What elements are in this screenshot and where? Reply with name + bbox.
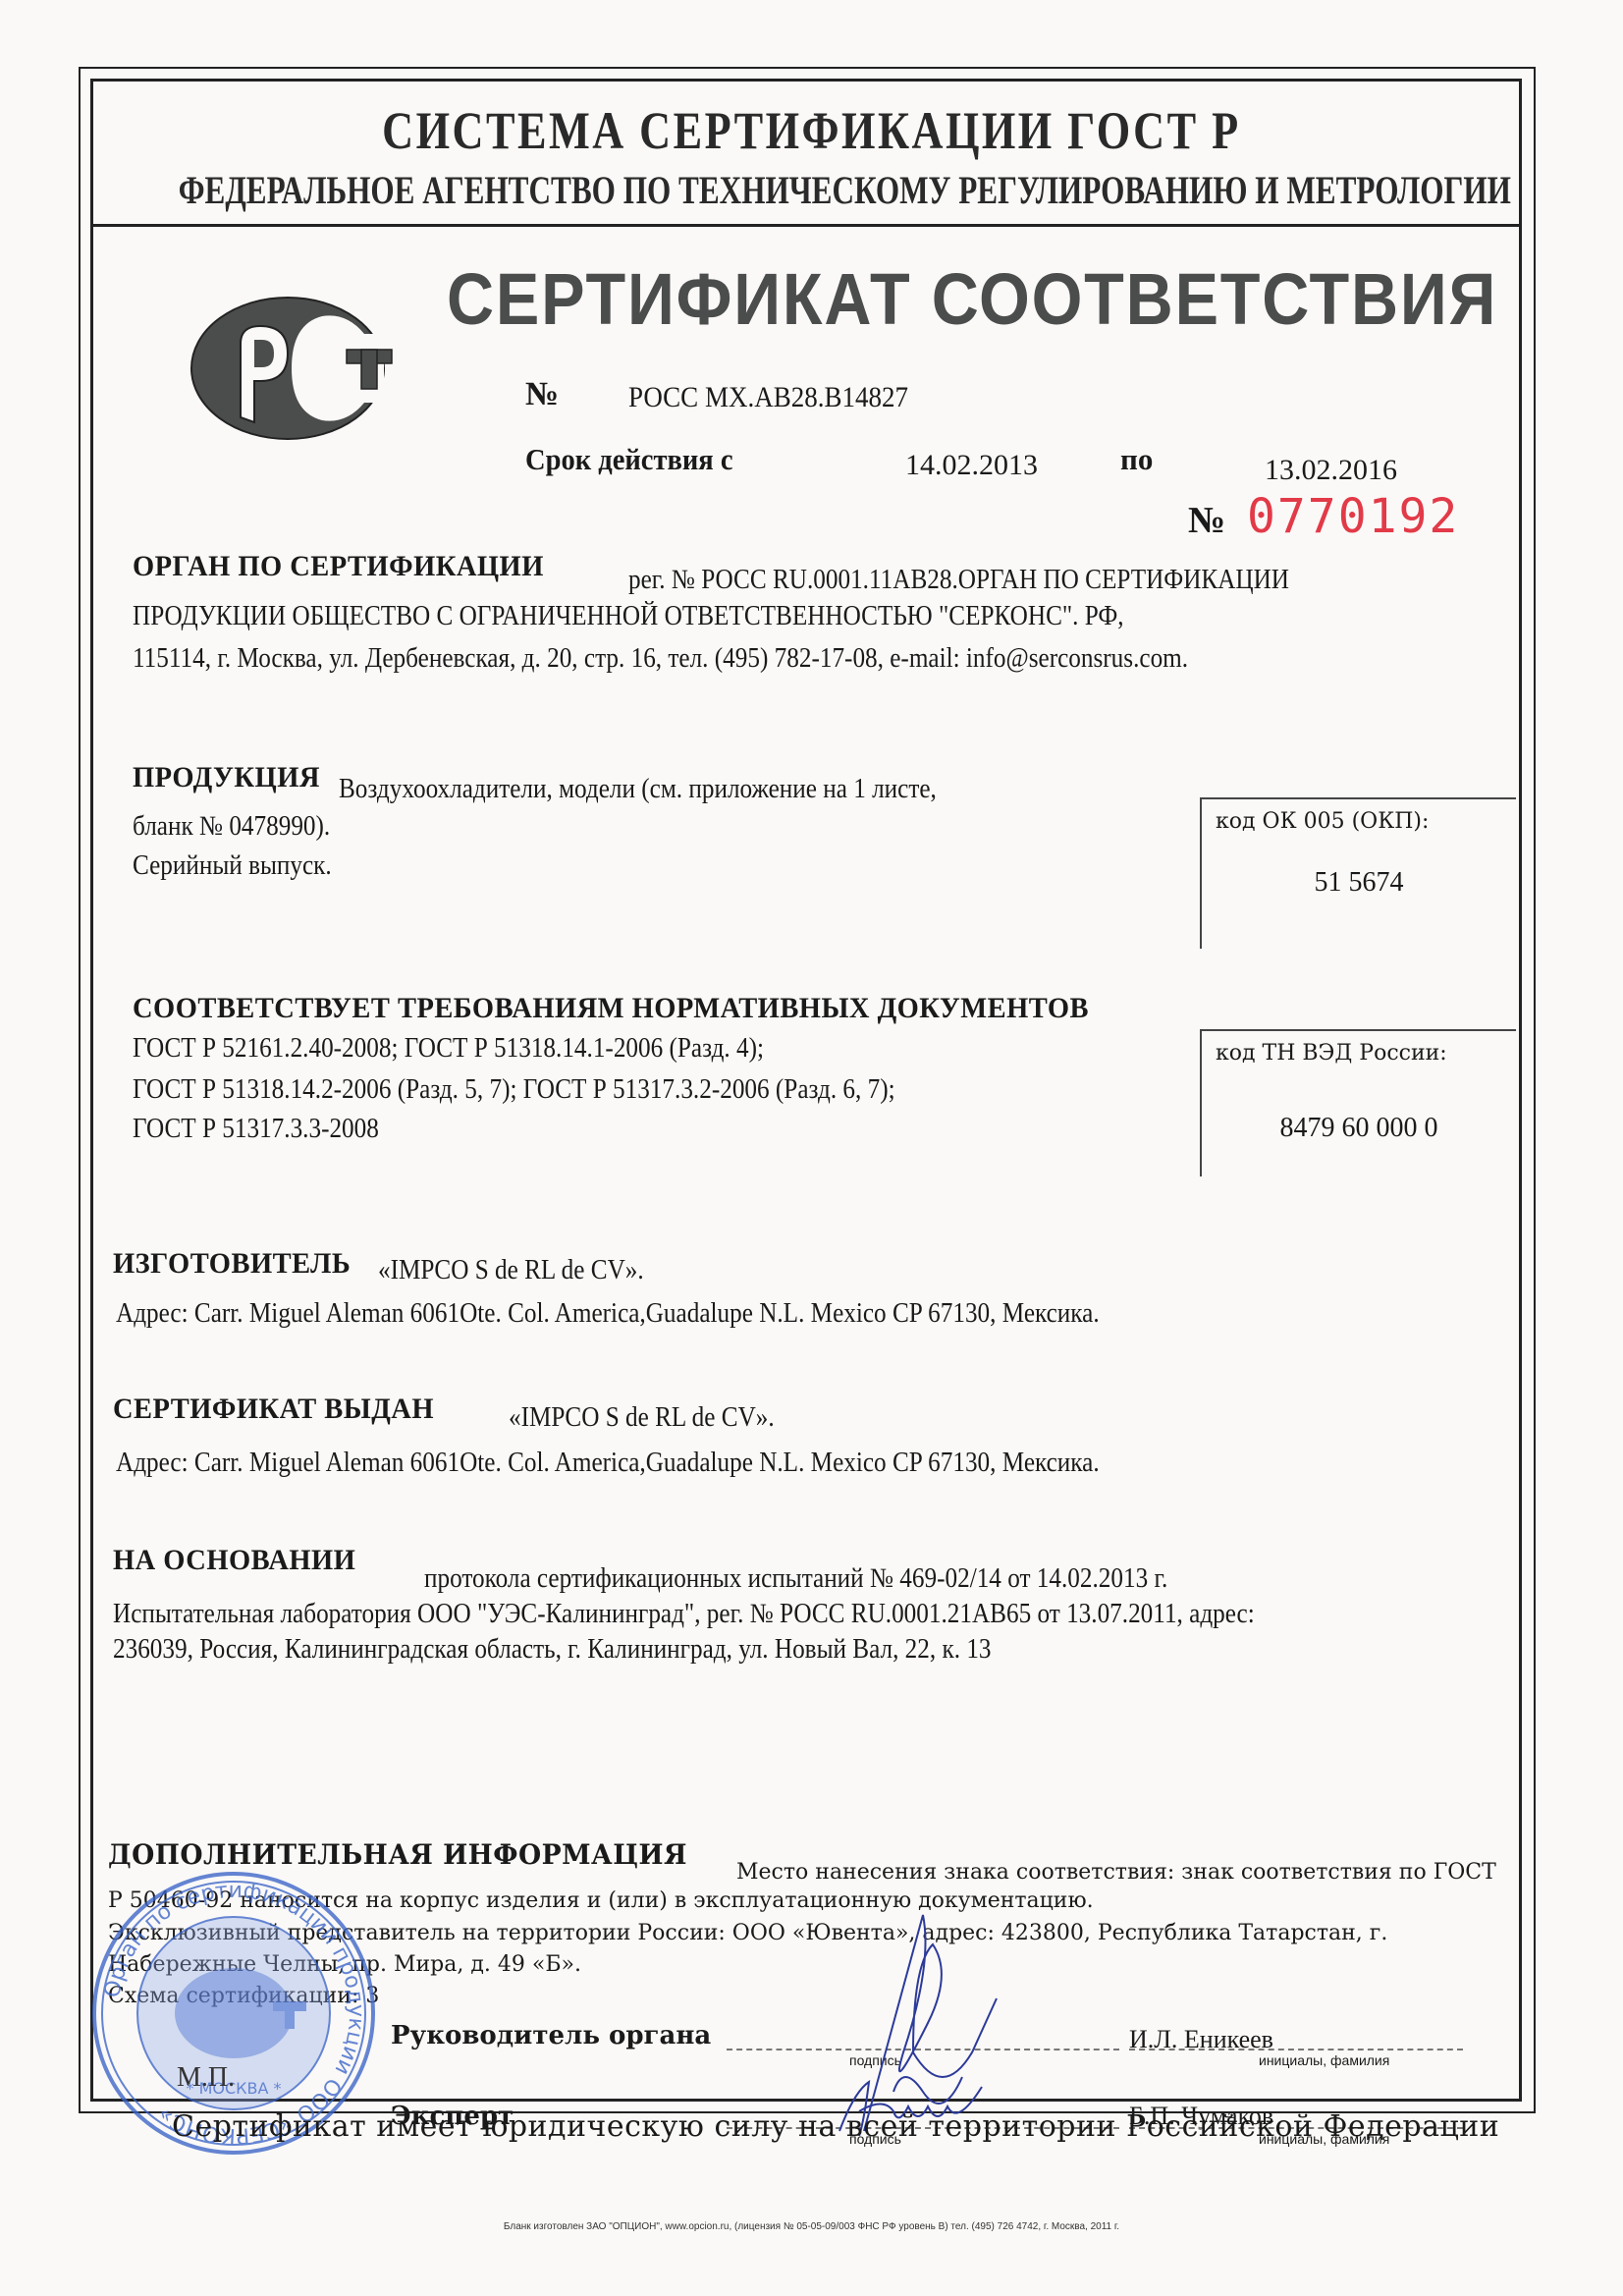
okp-code: 51 5674 — [1202, 867, 1516, 899]
issued-to-heading: СЕРТИФИКАТ ВЫДАН — [113, 1393, 434, 1426]
head-name-line — [1129, 2049, 1463, 2050]
certificate-title: СЕРТИФИКАТ СООТВЕТСТВИЯ — [447, 257, 1497, 341]
standards-line1: ГОСТ Р 52161.2.40-2008; ГОСТ Р 51318.14.… — [133, 1033, 764, 1065]
standards-line3: ГОСТ Р 51317.3.3-2008 — [133, 1114, 379, 1145]
basis-line1: протокола сертификационных испытаний № 4… — [424, 1563, 1167, 1595]
blank-number-sign: № — [1188, 499, 1225, 542]
certification-body-line1: рег. № РОСС RU.0001.11AB28.ОРГАН ПО СЕРТ… — [628, 565, 1289, 596]
tnved-code-box: код ТН ВЭД России: 8479 60 000 0 — [1200, 1029, 1516, 1176]
okp-code-box: код ОК 005 (ОКП): 51 5674 — [1200, 797, 1516, 949]
product-line2: бланк № 0478990). — [133, 811, 330, 843]
product-line3: Серийный выпуск. — [133, 850, 332, 882]
basis-line2: Испытательная лаборатория ООО "УЭС-Калин… — [113, 1599, 1255, 1630]
tnved-code: 8479 60 000 0 — [1202, 1113, 1516, 1144]
system-title: СИСТЕМА СЕРТИФИКАЦИИ ГОСТ Р — [146, 100, 1477, 161]
blank-number: 0770192 — [1247, 489, 1459, 544]
product-line1: Воздухоохладители, модели (см. приложени… — [339, 774, 937, 805]
tnved-label: код ТН ВЭД России: — [1202, 1031, 1516, 1066]
certification-body-heading: ОРГАН ПО СЕРТИФИКАЦИИ — [133, 550, 544, 583]
valid-from: 14.02.2013 — [905, 449, 1038, 482]
rst-mark-icon — [189, 295, 396, 442]
to-label: по — [1120, 442, 1153, 477]
standards-line2: ГОСТ Р 51318.14.2-2006 (Разд. 5, 7); ГОС… — [133, 1074, 895, 1106]
printer-line: Бланк изготовлен ЗАО "ОПЦИОН", www.opcio… — [0, 2221, 1623, 2232]
manufacturer-name: «IMPCO S de RL de CV». — [378, 1255, 644, 1286]
manufacturer-heading: ИЗГОТОВИТЕЛЬ — [113, 1247, 351, 1281]
stamp-place-label: М.П. — [177, 2062, 235, 2094]
additional-line1: Место нанесения знака соответствия: знак… — [736, 1860, 1496, 1885]
valid-to: 13.02.2016 — [1265, 454, 1397, 487]
header-divider — [90, 224, 1520, 227]
agency-name: ФЕДЕРАЛЬНОЕ АГЕНТСТВО ПО ТЕХНИЧЕСКОМУ РЕ… — [179, 167, 1444, 213]
head-name-caption: инициалы, фамилия — [1259, 2052, 1389, 2068]
registration-number: РОСС MX.AB28.B14827 — [628, 381, 908, 414]
certification-body-line2: ПРОДУКЦИИ ОБЩЕСТВО С ОГРАНИЧЕННОЙ ОТВЕТС… — [133, 601, 1124, 632]
validity-label: Срок действия с — [525, 442, 733, 477]
basis-heading: НА ОСНОВАНИИ — [113, 1544, 355, 1577]
standards-heading: СООТВЕТСТВУЕТ ТРЕБОВАНИЯМ НОРМАТИВНЫХ ДО… — [133, 992, 1089, 1025]
basis-line3: 236039, Россия, Калининградская область,… — [113, 1634, 992, 1666]
number-sign: № — [525, 376, 559, 413]
product-heading: ПРОДУКЦИЯ — [133, 761, 320, 794]
head-label: Руководитель органа — [391, 2021, 711, 2050]
manufacturer-address: Адрес: Carr. Miguel Aleman 6061Ote. Col.… — [116, 1298, 1100, 1330]
issued-to-name: «IMPCO S de RL de CV». — [509, 1402, 775, 1434]
issued-to-address: Адрес: Carr. Miguel Aleman 6061Ote. Col.… — [116, 1448, 1100, 1479]
okp-label: код ОК 005 (ОКП): — [1202, 799, 1516, 834]
certification-body-line3: 115114, г. Москва, ул. Дербеневская, д. … — [133, 643, 1188, 675]
legal-notice: Сертификат имеет юридическую силу на все… — [172, 2109, 1499, 2144]
